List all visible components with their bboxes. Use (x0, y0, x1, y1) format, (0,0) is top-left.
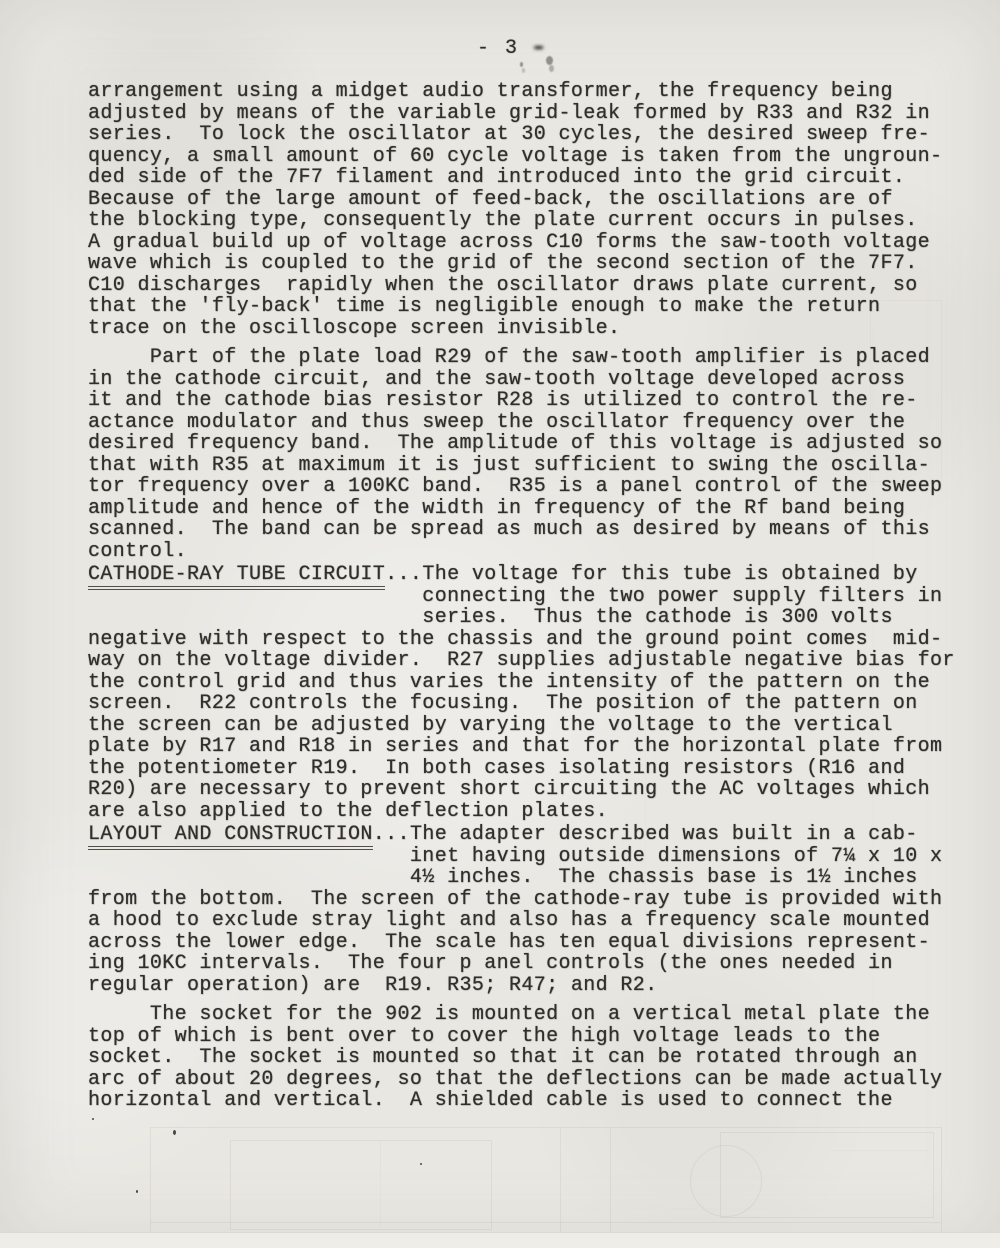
scan-bottom-edge (0, 1232, 1000, 1248)
bleed-through-schematic (720, 1132, 934, 1218)
ink-speck (136, 1190, 138, 1193)
document-body: arrangement using a midget audio transfo… (88, 81, 968, 1112)
ink-speck (420, 1163, 422, 1165)
bleed-through-schematic (150, 1222, 940, 1223)
section-layout-and-construction: LAYOUT AND CONSTRUCTION...The adapter de… (88, 824, 968, 996)
ink-speck (173, 1130, 176, 1135)
bleed-through-schematic (230, 1140, 492, 1230)
bleed-through-schematic (560, 1127, 561, 1233)
page-number: - 3 - (0, 38, 1000, 60)
page-number-smudge: - (530, 36, 550, 62)
bleed-through-schematic (150, 1127, 942, 1235)
ink-smudge (520, 62, 523, 67)
section-heading-trail: ...The adapter described was built in a … (373, 823, 918, 846)
page-number-text: - 3 (477, 37, 519, 60)
ink-speck (92, 1118, 94, 1120)
paragraph-oscillator: arrangement using a midget audio transfo… (88, 81, 968, 339)
bleed-through-schematic (610, 1127, 611, 1233)
bleed-through-schematic (830, 1150, 930, 1151)
section-cathode-ray-tube-circuit: CATHODE-RAY TUBE CIRCUIT...The voltage f… (88, 564, 968, 822)
section-body-cathode: connecting the two power supply filters … (88, 586, 968, 823)
scanned-document-page: - 3 - arrangement using a midget audio t… (0, 0, 1000, 1248)
section-body-layout: inet having outside dimensions of 7¼ x 1… (88, 846, 968, 997)
section-heading-trail: ...The voltage for this tube is obtained… (385, 563, 917, 586)
bleed-through-schematic (690, 1145, 762, 1217)
bleed-through-schematic (380, 1140, 381, 1228)
paragraph-socket: The socket for the 902 is mounted on a v… (88, 1004, 968, 1112)
paragraph-sawtooth: Part of the plate load R29 of the saw-to… (88, 347, 968, 562)
